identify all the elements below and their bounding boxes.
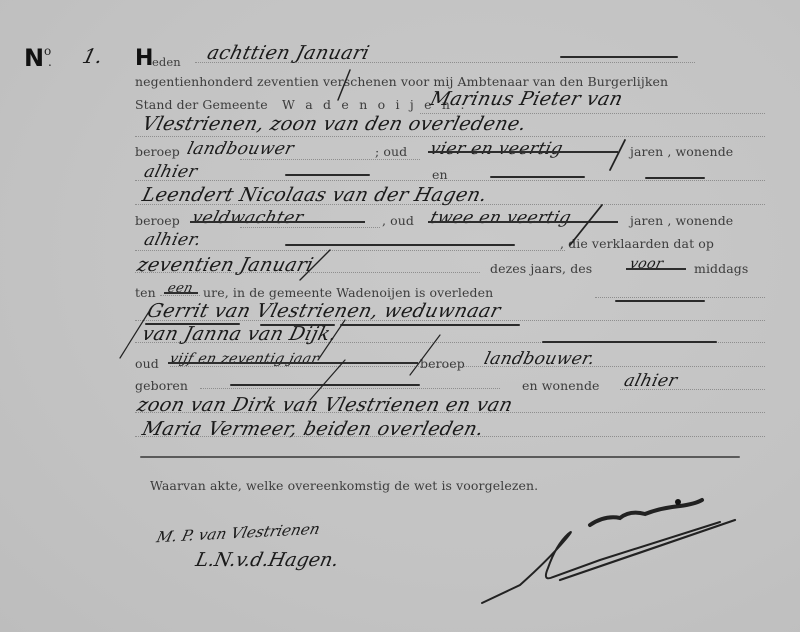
record-page: N o . 1. H eden achttien Januari negenti… — [0, 0, 800, 632]
pen-strokes-overlay — [0, 0, 800, 632]
stroke-verschenen — [338, 70, 350, 100]
